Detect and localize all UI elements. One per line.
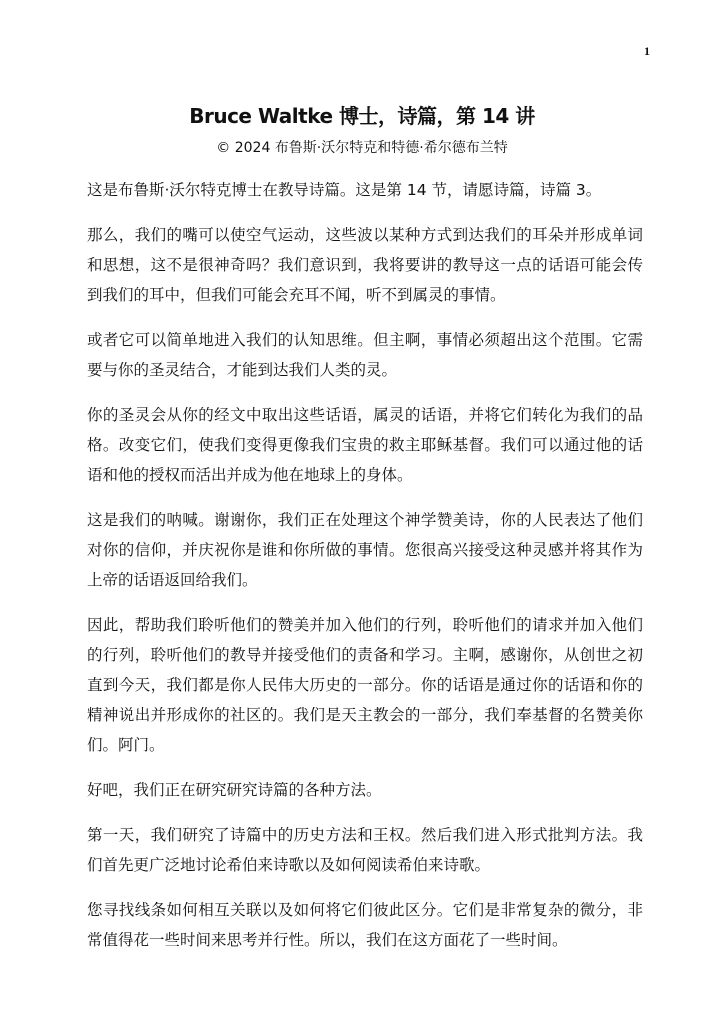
paragraph: 或者它可以简单地进入我们的认知思维。但主啊，事情必须超出这个范围。它需要与你的圣… [87,325,643,385]
page-number: 1 [644,44,650,59]
document-title: Bruce Waltke 博士，诗篇，第 14 讲 [0,100,724,129]
paragraph: 因此，帮助我们聆听他们的赞美并加入他们的行列，聆听他们的请求并加入他们的行列，聆… [87,610,643,760]
paragraph-intro: 这是布鲁斯·沃尔特克博士在教导诗篇。这是第 14 节，请愿诗篇，诗篇 3。 [87,175,643,205]
copyright-line: © 2024 布鲁斯·沃尔特克和特德·希尔德布兰特 [0,137,724,157]
document-page: 1 Bruce Waltke 博士，诗篇，第 14 讲 © 2024 布鲁斯·沃… [0,0,724,1024]
paragraph: 第一天，我们研究了诗篇中的历史方法和王权。然后我们进入形式批判方法。我们首先更广… [87,820,643,880]
paragraph: 这是我们的呐喊。谢谢你，我们正在处理这个神学赞美诗，你的人民表达了他们对你的信仰… [87,505,643,595]
paragraph: 那么，我们的嘴可以使空气运动，这些波以某种方式到达我们的耳朵并形成单词和思想，这… [87,220,643,310]
paragraph: 好吧，我们正在研究研究诗篇的各种方法。 [87,775,643,805]
paragraph: 您寻找线条如何相互关联以及如何将它们彼此区分。它们是非常复杂的微分，非常值得花一… [87,895,643,955]
document-body: 这是布鲁斯·沃尔特克博士在教导诗篇。这是第 14 节，请愿诗篇，诗篇 3。 那么… [87,175,643,970]
paragraph: 你的圣灵会从你的经文中取出这些话语，属灵的话语，并将它们转化为我们的品格。改变它… [87,400,643,490]
